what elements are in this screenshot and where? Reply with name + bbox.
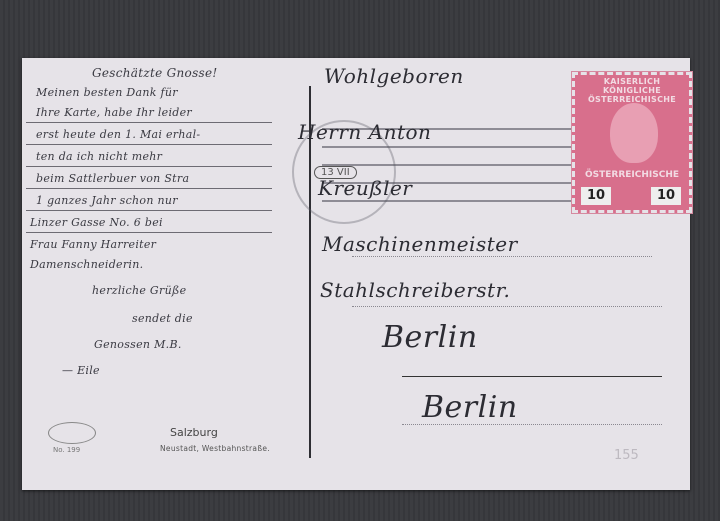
- message-line: Genossen M.B.: [94, 338, 182, 351]
- publisher-city: Salzburg: [170, 426, 218, 439]
- stamp-value-right: 10: [651, 187, 681, 205]
- cancel-line: [322, 146, 572, 148]
- publisher-logo: [48, 422, 96, 444]
- cancel-line: [322, 200, 572, 202]
- address-city: Berlin: [382, 320, 478, 355]
- message-line: herzliche Grüße: [92, 284, 186, 297]
- cancel-line: [322, 164, 572, 166]
- message-line: Damenschneiderin.: [30, 258, 143, 271]
- message-line: Linzer Gasse No. 6 bei: [30, 216, 163, 229]
- address-city: Berlin: [422, 390, 518, 425]
- ruled-line: [26, 122, 272, 123]
- ruled-line: [26, 210, 272, 211]
- postcard: Geschätzte Gnosse! Meinen besten Dank fü…: [22, 58, 690, 490]
- address-line: Wohlgeboren: [324, 64, 464, 88]
- dotted-address-line: [402, 424, 662, 425]
- message-line: sendet die: [132, 312, 193, 325]
- emperor-portrait-icon: [610, 103, 658, 163]
- stamp-value-left: 10: [581, 187, 611, 205]
- dotted-address-line: [352, 256, 652, 257]
- message-line: Meinen besten Dank für: [36, 86, 178, 99]
- message-line: — Eile: [62, 364, 100, 377]
- message-line: 1 ganzes Jahr schon nur: [36, 194, 178, 207]
- dotted-address-line: [352, 306, 662, 307]
- message-line: beim Sattlerbuer von Stra: [36, 172, 189, 185]
- message-line: ten da ich nicht mehr: [36, 150, 162, 163]
- address-line: Kreußler: [318, 176, 412, 200]
- message-line: Geschätzte Gnosse!: [92, 66, 218, 80]
- pencil-note: 155: [614, 448, 639, 463]
- publisher-number: No. 199: [53, 446, 80, 454]
- address-line: Maschinenmeister: [322, 232, 518, 256]
- message-line: Frau Fanny Harreiter: [30, 238, 156, 251]
- address-underline: [402, 376, 662, 377]
- postage-stamp: KAISERLICH KÖNIGLICHE ÖSTERREICHISCHE ÖS…: [572, 72, 692, 213]
- stamp-inscription-bottom: ÖSTERREICHISCHE: [579, 170, 685, 180]
- ruled-line: [26, 232, 272, 233]
- message-line: Ihre Karte, habe Ihr leider: [36, 106, 192, 119]
- ruled-line: [26, 188, 272, 189]
- ruled-line: [26, 144, 272, 145]
- message-line: erst heute den 1. Mai erhal-: [36, 128, 200, 141]
- address-line: Herrn Anton: [298, 120, 431, 144]
- stamp-inscription: KAISERLICH KÖNIGLICHE ÖSTERREICHISCHE: [579, 77, 685, 104]
- address-line: Stahlschreiberstr.: [320, 278, 510, 302]
- ruled-line: [26, 166, 272, 167]
- publisher-street: Neustadt, Westbahnstraße.: [160, 444, 270, 453]
